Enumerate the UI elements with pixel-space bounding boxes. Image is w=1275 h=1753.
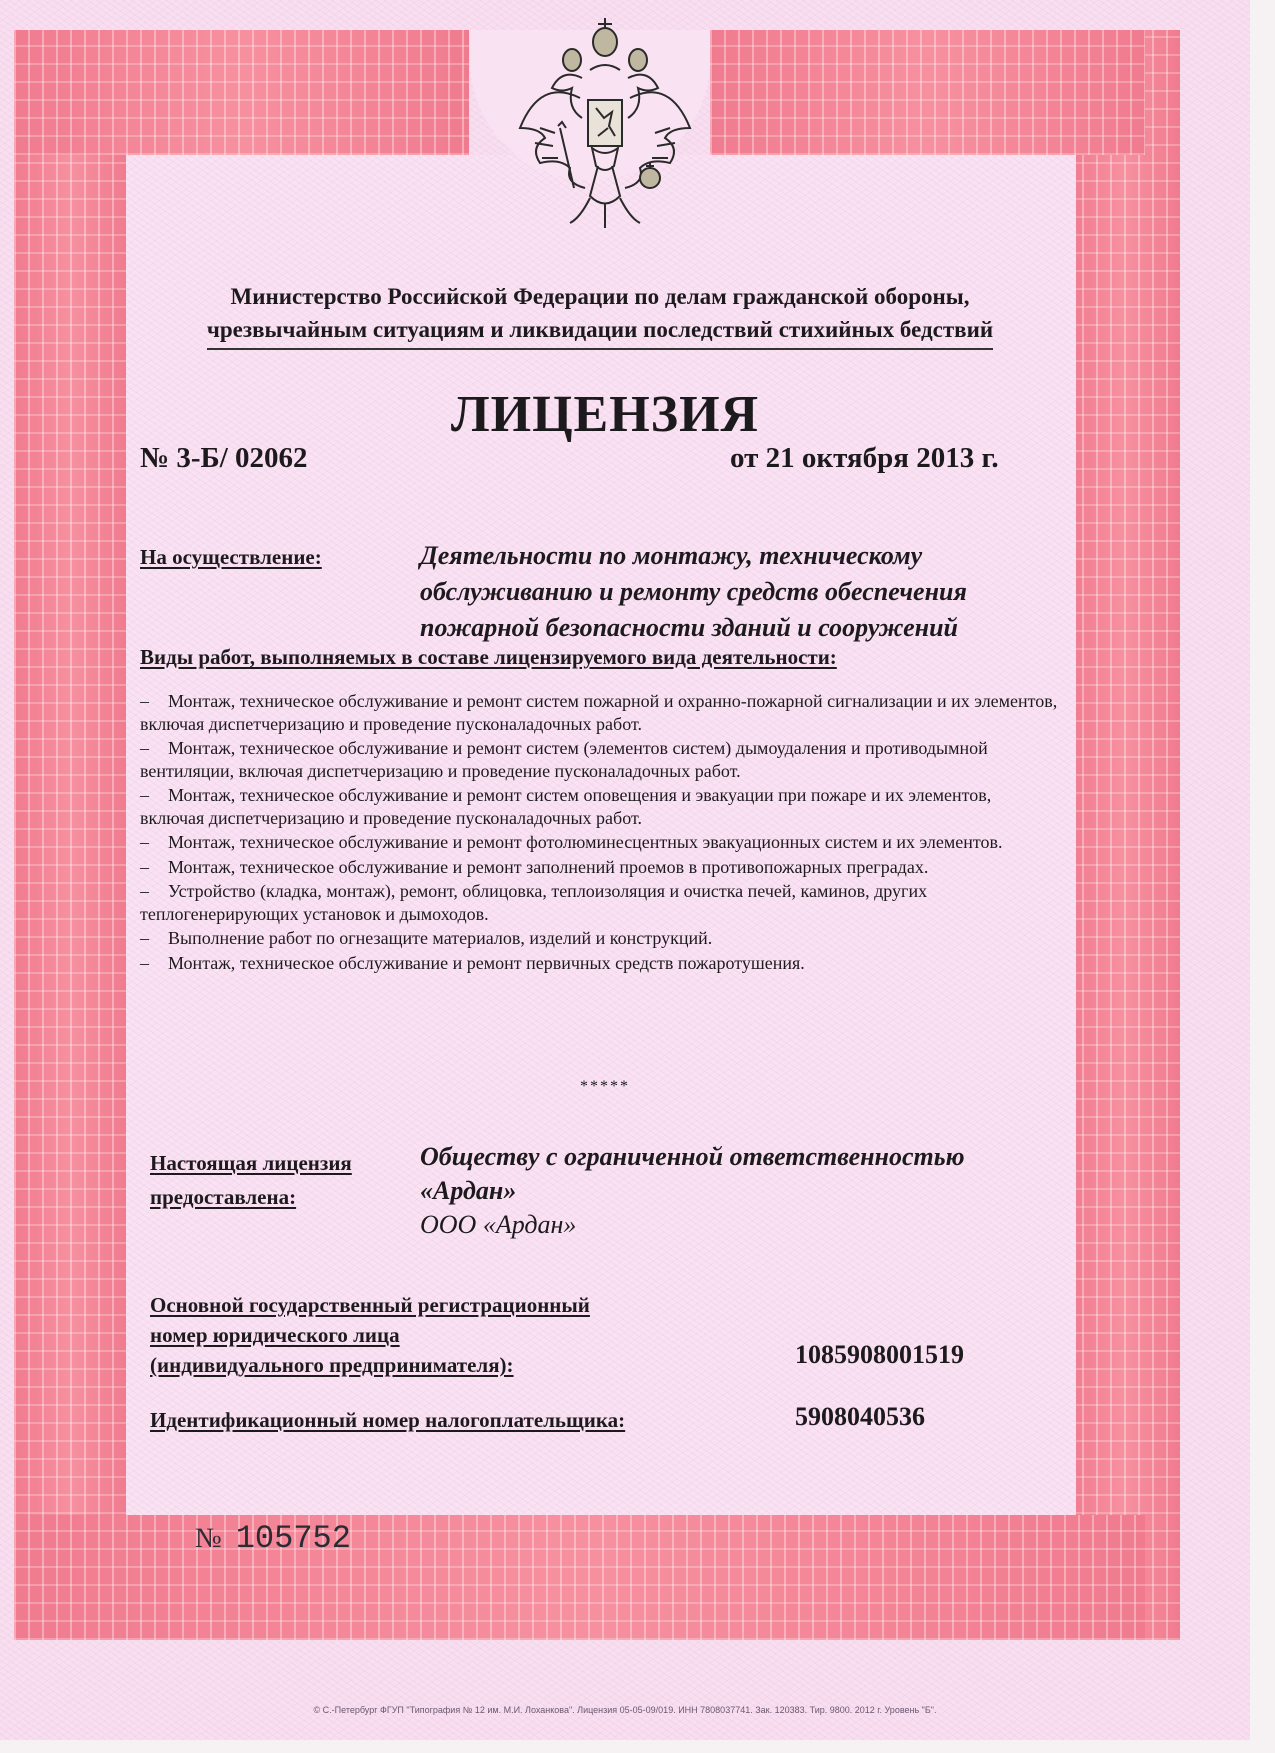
license-number: № 3-Б/ 02062: [140, 442, 308, 475]
coat-of-arms-icon: [500, 8, 710, 238]
serial-number: 105752: [236, 1520, 351, 1557]
license-paper: Министерство Российской Федерации по дел…: [0, 0, 1250, 1740]
separator: *****: [0, 1078, 1210, 1096]
list-item: –Монтаж, техническое обслуживание и ремо…: [140, 856, 1060, 879]
border-top-left: [14, 30, 469, 155]
inn-label: Идентификационный номер налогоплательщик…: [150, 1408, 625, 1433]
list-item: –Монтаж, техническое обслуживание и ремо…: [140, 690, 1060, 735]
ministry-line-1: Министерство Российской Федерации по дел…: [150, 280, 1050, 313]
work-types-label: Виды работ, выполняемых в составе лиценз…: [140, 645, 837, 670]
issuing-authority: Министерство Российской Федерации по дел…: [150, 280, 1050, 350]
list-item: –Выполнение работ по огнезащите материал…: [140, 927, 1060, 950]
inn-value: 5908040536: [795, 1402, 925, 1432]
border-left: [14, 30, 126, 1640]
ogrn-value: 1085908001519: [795, 1340, 964, 1370]
licensee-full-name: Обществу с ограниченной ответственностью: [420, 1140, 965, 1174]
document-title: ЛИЦЕНЗИЯ: [0, 385, 1210, 444]
activity-label: На осуществление:: [140, 545, 322, 570]
list-item: –Монтаж, техническое обслуживание и ремо…: [140, 784, 1060, 829]
list-item: –Монтаж, техническое обслуживание и ремо…: [140, 952, 1060, 975]
licensee: Обществу с ограниченной ответственностью…: [420, 1140, 965, 1242]
activity-text: Деятельности по монтажу, техническому об…: [420, 538, 1060, 646]
border-top-right: [710, 30, 1145, 155]
serial-prefix: №: [195, 1523, 222, 1554]
ministry-line-2: чрезвычайным ситуациям и ликвидации посл…: [207, 313, 993, 350]
licensee-full-name-2: «Ардан»: [420, 1174, 965, 1208]
list-item: –Монтаж, техническое обслуживание и ремо…: [140, 831, 1060, 854]
list-item: –Монтаж, техническое обслуживание и ремо…: [140, 737, 1060, 782]
granted-label: Настоящая лицензия предоставлена:: [150, 1146, 352, 1214]
blank-serial: №105752: [195, 1520, 351, 1557]
list-item: –Устройство (кладка, монтаж), ремонт, об…: [140, 880, 1060, 925]
printer-imprint: © С.-Петербург ФГУП "Типография № 12 им.…: [0, 1705, 1250, 1715]
license-date: от 21 октября 2013 г.: [730, 442, 999, 475]
ogrn-label: Основной государственный регистрационный…: [150, 1290, 590, 1380]
work-types-list: –Монтаж, техническое обслуживание и ремо…: [140, 690, 1060, 976]
border-bottom: [14, 1515, 1145, 1640]
border-right: [1068, 30, 1180, 1640]
licensee-short-name: ООО «Ардан»: [420, 1208, 965, 1242]
